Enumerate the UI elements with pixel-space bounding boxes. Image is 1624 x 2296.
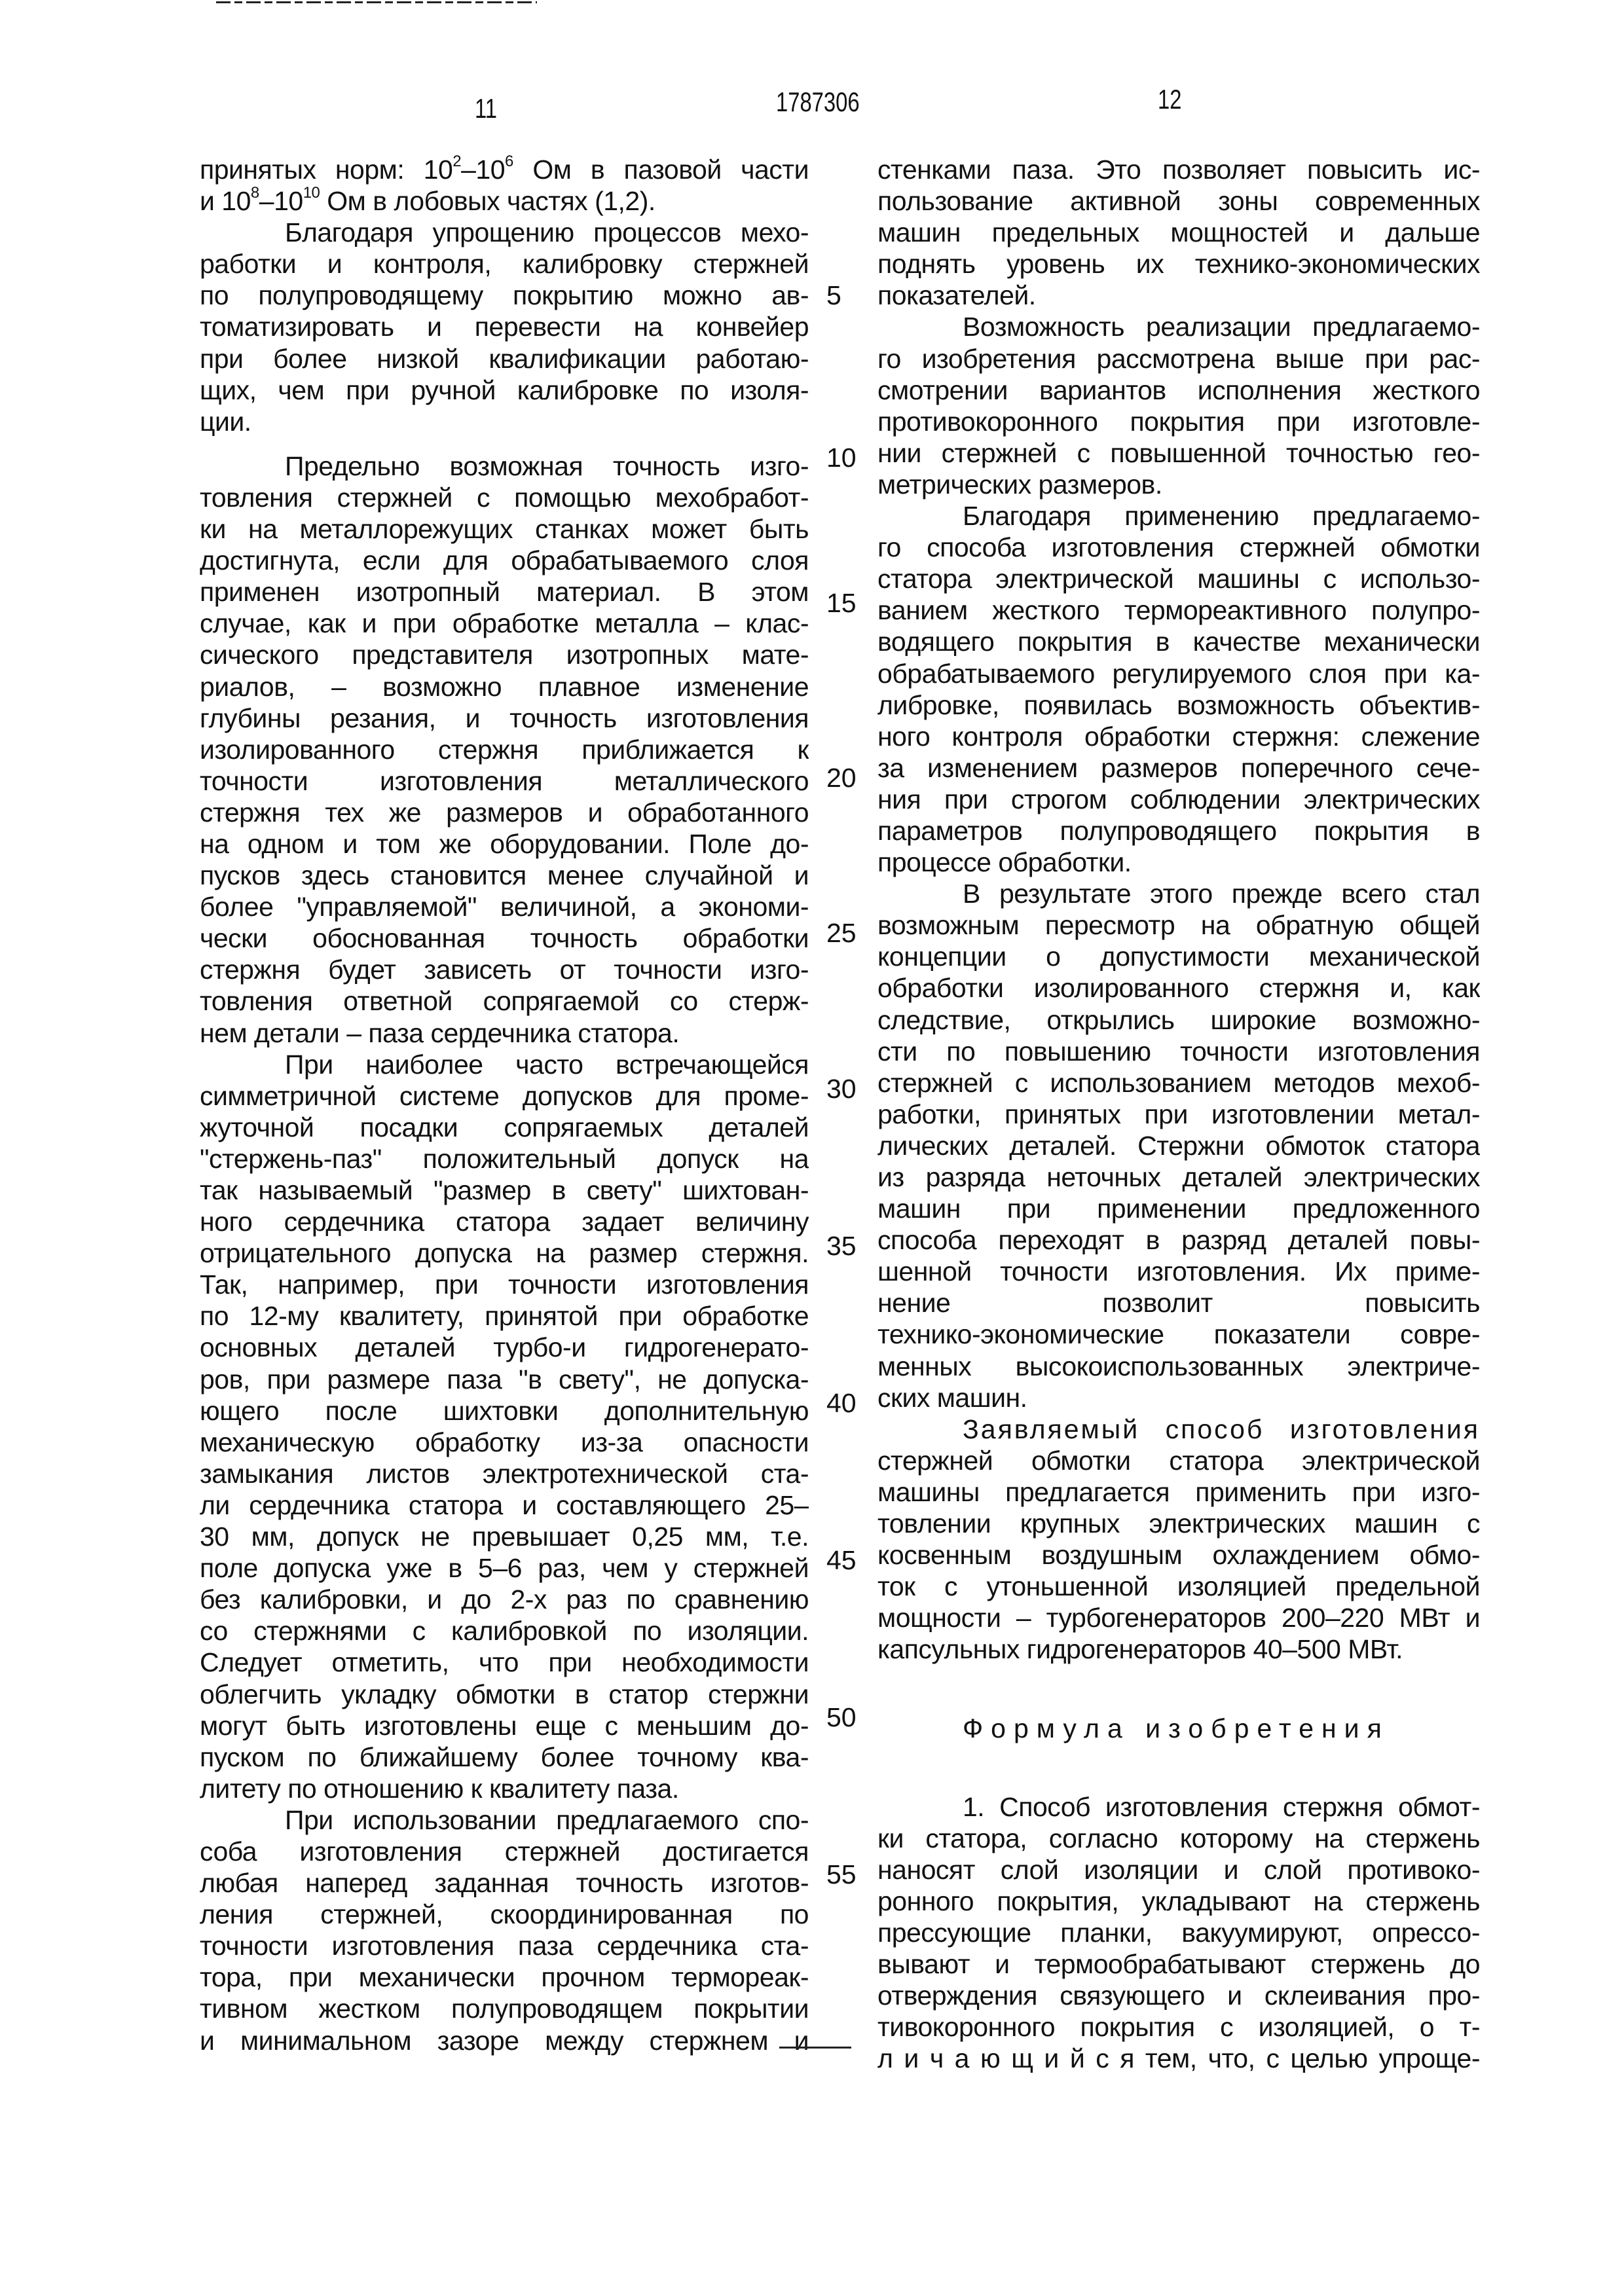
text-line: ли сердечника статора и составляющего 25…	[200, 1489, 809, 1521]
text-line: стержня тех же размеров и обработанного	[200, 797, 809, 828]
text-line: поле допуска уже в 5–6 раз, чем у стержн…	[200, 1552, 809, 1584]
text-line: так называемый "размер в свету" шихтован…	[200, 1175, 809, 1206]
page-header: 11 1787306 12	[0, 79, 1624, 131]
paragraph-first-line: При наиболее часто встречающейся	[200, 1049, 809, 1080]
text-line: товления ответной сопрягаемой со стерж-	[200, 985, 809, 1017]
left-column: принятых норм: 102–106 Ом в пазовой част…	[200, 154, 809, 2056]
text-line: облегчить укладку обмотки в статор стерж…	[200, 1679, 809, 1710]
text-line: шенной точности изготовления. Их приме-	[877, 1256, 1480, 1287]
text-line: метрических размеров.	[877, 469, 1480, 500]
line-number: 50	[826, 1702, 868, 1733]
text-line: применен изотропный материал. В этом	[200, 576, 809, 608]
paragraph-first-line: В результате этого прежде всего стал	[877, 878, 1480, 909]
paragraph-first-line: При использовании предлагаемого спо-	[200, 1804, 809, 1836]
section-heading-claims: Формула изобретения	[877, 1713, 1480, 1744]
text-line: противокоронного покрытия при изготовле-	[877, 406, 1480, 437]
paragraph-first-line: Заявляемый способ изготовления	[877, 1413, 1480, 1445]
text-line: процессе обработки.	[877, 847, 1480, 878]
claim-first-line: 1. Способ изготовления стержня обмот-	[877, 1791, 1480, 1823]
text-line: без калибровки, и до 2-х раз по сравнени…	[200, 1584, 809, 1615]
text-line: способа переходят в разряд деталей повы-	[877, 1224, 1480, 1256]
text-line: тивном жестком полупроводящем покрытии	[200, 1993, 809, 2024]
paragraph-first-line: Предельно возможная точность изго-	[200, 450, 809, 482]
text-line: лических деталей. Стержни обмоток статор…	[877, 1130, 1480, 1161]
text-line: нение позволит повысить	[877, 1287, 1480, 1319]
text-line: менных высокоиспользованных электриче-	[877, 1351, 1480, 1382]
text-line: стержней обмотки статора электрической	[877, 1445, 1480, 1476]
text-line: мощности – турбогенераторов 200–220 МВт …	[877, 1602, 1480, 1633]
text-line: ток с утоньшенной изоляцией предельной	[877, 1571, 1480, 1602]
text-line: и минимальном зазоре между стержнем и	[200, 2025, 809, 2056]
text-line: основных деталей турбо-и гидрогенерато-	[200, 1332, 809, 1363]
text-line: ного контроля обработки стержня: слежени…	[877, 721, 1480, 752]
text-line: 30 мм, допуск не превышает 0,25 мм, т.е.	[200, 1521, 809, 1552]
text-line: достигнута, если для обрабатываемого сло…	[200, 545, 809, 576]
text-line: косвенным воздушным охлаждением обмо-	[877, 1539, 1480, 1571]
text-line: товления стержней с помощью мехобработ-	[200, 482, 809, 513]
text-line: обработки изолированного стержня и, как	[877, 972, 1480, 1004]
text-line: тивокоронного покрытия с изоляцией, о т-	[877, 2011, 1480, 2043]
text-line: ного сердечника статора задает величину	[200, 1206, 809, 1237]
text-line: нии стержней с повышенной точностью гео-	[877, 437, 1480, 469]
text-line: случае, как и при обработке металла – кл…	[200, 608, 809, 639]
text-line: статора электрической машины с использо-	[877, 563, 1480, 594]
text-line: Следует отметить, что при необходимости	[200, 1647, 809, 1678]
line-number: 35	[826, 1231, 868, 1262]
text-line: вывают и термообрабатывают стержень до	[877, 1948, 1480, 1980]
text-line: отрицательного допуска на размер стержня…	[200, 1237, 809, 1269]
text-line: на одном и том же оборудовании. Поле до-	[200, 828, 809, 860]
text-line: машины предлагается применить при изго-	[877, 1476, 1480, 1508]
text-line: ских машин.	[877, 1382, 1480, 1413]
text-line: по полупроводящему покрытию можно ав-	[200, 280, 809, 311]
text-line: замыкания листов электротехнической ста-	[200, 1458, 809, 1489]
text-line: параметров полупроводящего покрытия в	[877, 815, 1480, 847]
text-line: пусков здесь становится менее случайной …	[200, 860, 809, 891]
text-line: точности изготовления паза сердечника ст…	[200, 1930, 809, 1961]
text-line: машин при применении предложенного	[877, 1193, 1480, 1224]
text-line: из разряда неточных деталей электрически…	[877, 1161, 1480, 1193]
text-line: томатизировать и перевести на конвейер	[200, 311, 809, 342]
line-number: 15	[826, 588, 868, 619]
text-line: пуском по ближайшему более точному ква-	[200, 1741, 809, 1773]
text-line: либровке, появилась возможность объектив…	[877, 689, 1480, 721]
text-line: отверждения связующего и склеивания про-	[877, 1980, 1480, 2011]
line-number: 45	[826, 1545, 868, 1576]
text-line: литету по отношению к квалитету паза.	[200, 1773, 809, 1804]
text-line: более "управляемой" величиной, а экономи…	[200, 891, 809, 922]
text-line: ки на металлорежущих станках может быть	[200, 513, 809, 545]
text-line: смотрении вариантов исполнения жесткого	[877, 374, 1480, 406]
text-line: прессующие планки, вакуумируют, опрессо-	[877, 1917, 1480, 1948]
text-line: концепции о допустимости механической	[877, 941, 1480, 972]
text-line: риалов, – возможно плавное изменение	[200, 671, 809, 702]
text-line: жуточной посадки сопрягаемых деталей	[200, 1112, 809, 1143]
page-number-right: 12	[1158, 84, 1181, 115]
text-line: сти по повышению точности изготовления	[877, 1036, 1480, 1067]
text-line: щих, чем при ручной калибровке по изоля-	[200, 374, 809, 406]
line-number: 20	[826, 763, 868, 793]
paragraph-first-line: Благодаря применению предлагаемо-	[877, 500, 1480, 532]
text-line: и 108–1010 Ом в лобовых частях (1,2).	[200, 185, 809, 217]
text-line: го способа изготовления стержней обмотки	[877, 532, 1480, 563]
text-line: капсульных гидрогенераторов 40–500 МВт.	[877, 1633, 1480, 1665]
text-line: работки и контроля, калибровку стержней	[200, 248, 809, 280]
text-line: ния при строгом соблюдении электрических	[877, 784, 1480, 815]
text-line: ления стержней, скоординированная по	[200, 1899, 809, 1930]
text-line: глубины резания, и точность изготовления	[200, 702, 809, 734]
text-line: нем детали – паза сердечника статора.	[200, 1017, 809, 1049]
line-number: 55	[826, 1859, 868, 1890]
text-line: следствие, открылись широкие возможно-	[877, 1004, 1480, 1036]
line-number: 40	[826, 1388, 868, 1419]
text-line: ки статора, согласно которому на стержен…	[877, 1823, 1480, 1854]
patent-number: 1787306	[776, 86, 860, 118]
line-number: 30	[826, 1074, 868, 1104]
text-line: стержней с использованием методов мехоб-	[877, 1067, 1480, 1099]
text-line: пользование активной зоны современных	[877, 185, 1480, 217]
text-line: показателей.	[877, 280, 1480, 311]
text-line: точности изготовления металлического	[200, 765, 809, 797]
text-line: го изобретения рассмотрена выше при рас-	[877, 343, 1480, 374]
text-line: со стержнями с калибровкой по изоляции.	[200, 1615, 809, 1647]
text-line: ров, при размере паза "в свету", не допу…	[200, 1364, 809, 1395]
text-line: обрабатываемого регулируемого слоя при к…	[877, 658, 1480, 689]
paragraph-first-line: Возможность реализации предлагаемо-	[877, 311, 1480, 342]
text-line: симметричной системе допусков для проме-	[200, 1080, 809, 1112]
text-line: чески обоснованная точность обработки	[200, 922, 809, 954]
text-line: ванием жесткого термореактивного полупро…	[877, 594, 1480, 626]
text-line: соба изготовления стержней достигается	[200, 1836, 809, 1867]
text-line: поднять уровень их технико-экономических	[877, 248, 1480, 280]
text-line: л и ч а ю щ и й с я тем, что, с целью уп…	[877, 2043, 1480, 2074]
text-line: Так, например, при точности изготовления	[200, 1269, 809, 1300]
text-line: принятых норм: 102–106 Ом в пазовой част…	[200, 154, 809, 185]
text-line: машин предельных мощностей и дальше	[877, 217, 1480, 248]
text-line: товлении крупных электрических машин с	[877, 1508, 1480, 1539]
line-number: 25	[826, 918, 868, 949]
line-number: 10	[826, 443, 868, 473]
text-line: технико-экономические показатели совре-	[877, 1319, 1480, 1350]
text-line: по 12-му квалитету, принятой при обработ…	[200, 1300, 809, 1332]
text-line: могут быть изготовлены еще с меньшим до-	[200, 1710, 809, 1741]
text-line: при более низкой квалификации работаю-	[200, 343, 809, 374]
paragraph-first-line: Благодаря упрощению процессов мехо-	[200, 217, 809, 248]
line-number: 5	[826, 280, 868, 311]
column-end-rule	[779, 2047, 851, 2049]
page-number-left: 11	[475, 93, 497, 124]
text-line: наносят слой изоляции и слой противоко-	[877, 1854, 1480, 1886]
text-line: стержня будет зависеть от точности изго-	[200, 954, 809, 985]
text-line: водящего покрытия в качестве механически	[877, 626, 1480, 657]
scan-artifact-top-rule	[216, 1, 537, 3]
text-line: стенками паза. Это позволяет повысить ис…	[877, 154, 1480, 185]
text-line: механическую обработку из-за опасности	[200, 1427, 809, 1458]
text-line: тора, при механически прочном термореак-	[200, 1961, 809, 1993]
text-line: сического представителя изотропных мате-	[200, 639, 809, 670]
text-line: работки, принятых при изготовлении метал…	[877, 1099, 1480, 1130]
text-line: любая наперед заданная точность изготов-	[200, 1867, 809, 1899]
text-line: за изменением размеров поперечного сече-	[877, 752, 1480, 784]
text-line: ющего после шихтовки дополнительную	[200, 1395, 809, 1427]
text-line: "стержень-паз" положительный допуск на	[200, 1143, 809, 1175]
text-line: возможным пересмотр на обратную общей	[877, 909, 1480, 941]
text-line: изолированного стержня приближается к	[200, 734, 809, 765]
text-line: ции.	[200, 406, 809, 437]
text-line: ронного покрытия, укладывают на стержень	[877, 1886, 1480, 1917]
right-column: стенками паза. Это позволяет повысить ис…	[877, 154, 1480, 2074]
